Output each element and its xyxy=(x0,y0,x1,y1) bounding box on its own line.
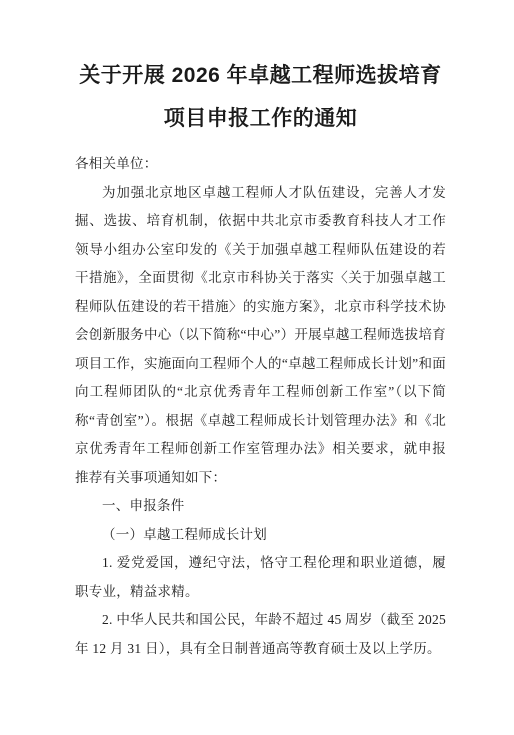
section-heading-application-conditions: 一、申报条件 xyxy=(75,492,446,521)
subsection-heading-growth-plan: （一）卓越工程师成长计划 xyxy=(75,521,446,550)
notice-title: 关于开展 2026 年卓越工程师选拔培育项目申报工作的通知 xyxy=(75,54,446,140)
document-page: 关于开展 2026 年卓越工程师选拔培育项目申报工作的通知 各相关单位： 为加强… xyxy=(0,0,514,735)
condition-item-2: 2. 中华人民共和国公民，年龄不超过 45 周岁（截至 2025 年 12 月 … xyxy=(75,606,446,663)
intro-paragraph: 为加强北京地区卓越工程师人才队伍建设，完善人才发掘、选拔、培育机制，依据中共北京… xyxy=(75,179,446,493)
salutation: 各相关单位： xyxy=(75,150,446,179)
condition-item-1: 1. 爱党爱国，遵纪守法，恪守工程伦理和职业道德，履职专业，精益求精。 xyxy=(75,549,446,606)
